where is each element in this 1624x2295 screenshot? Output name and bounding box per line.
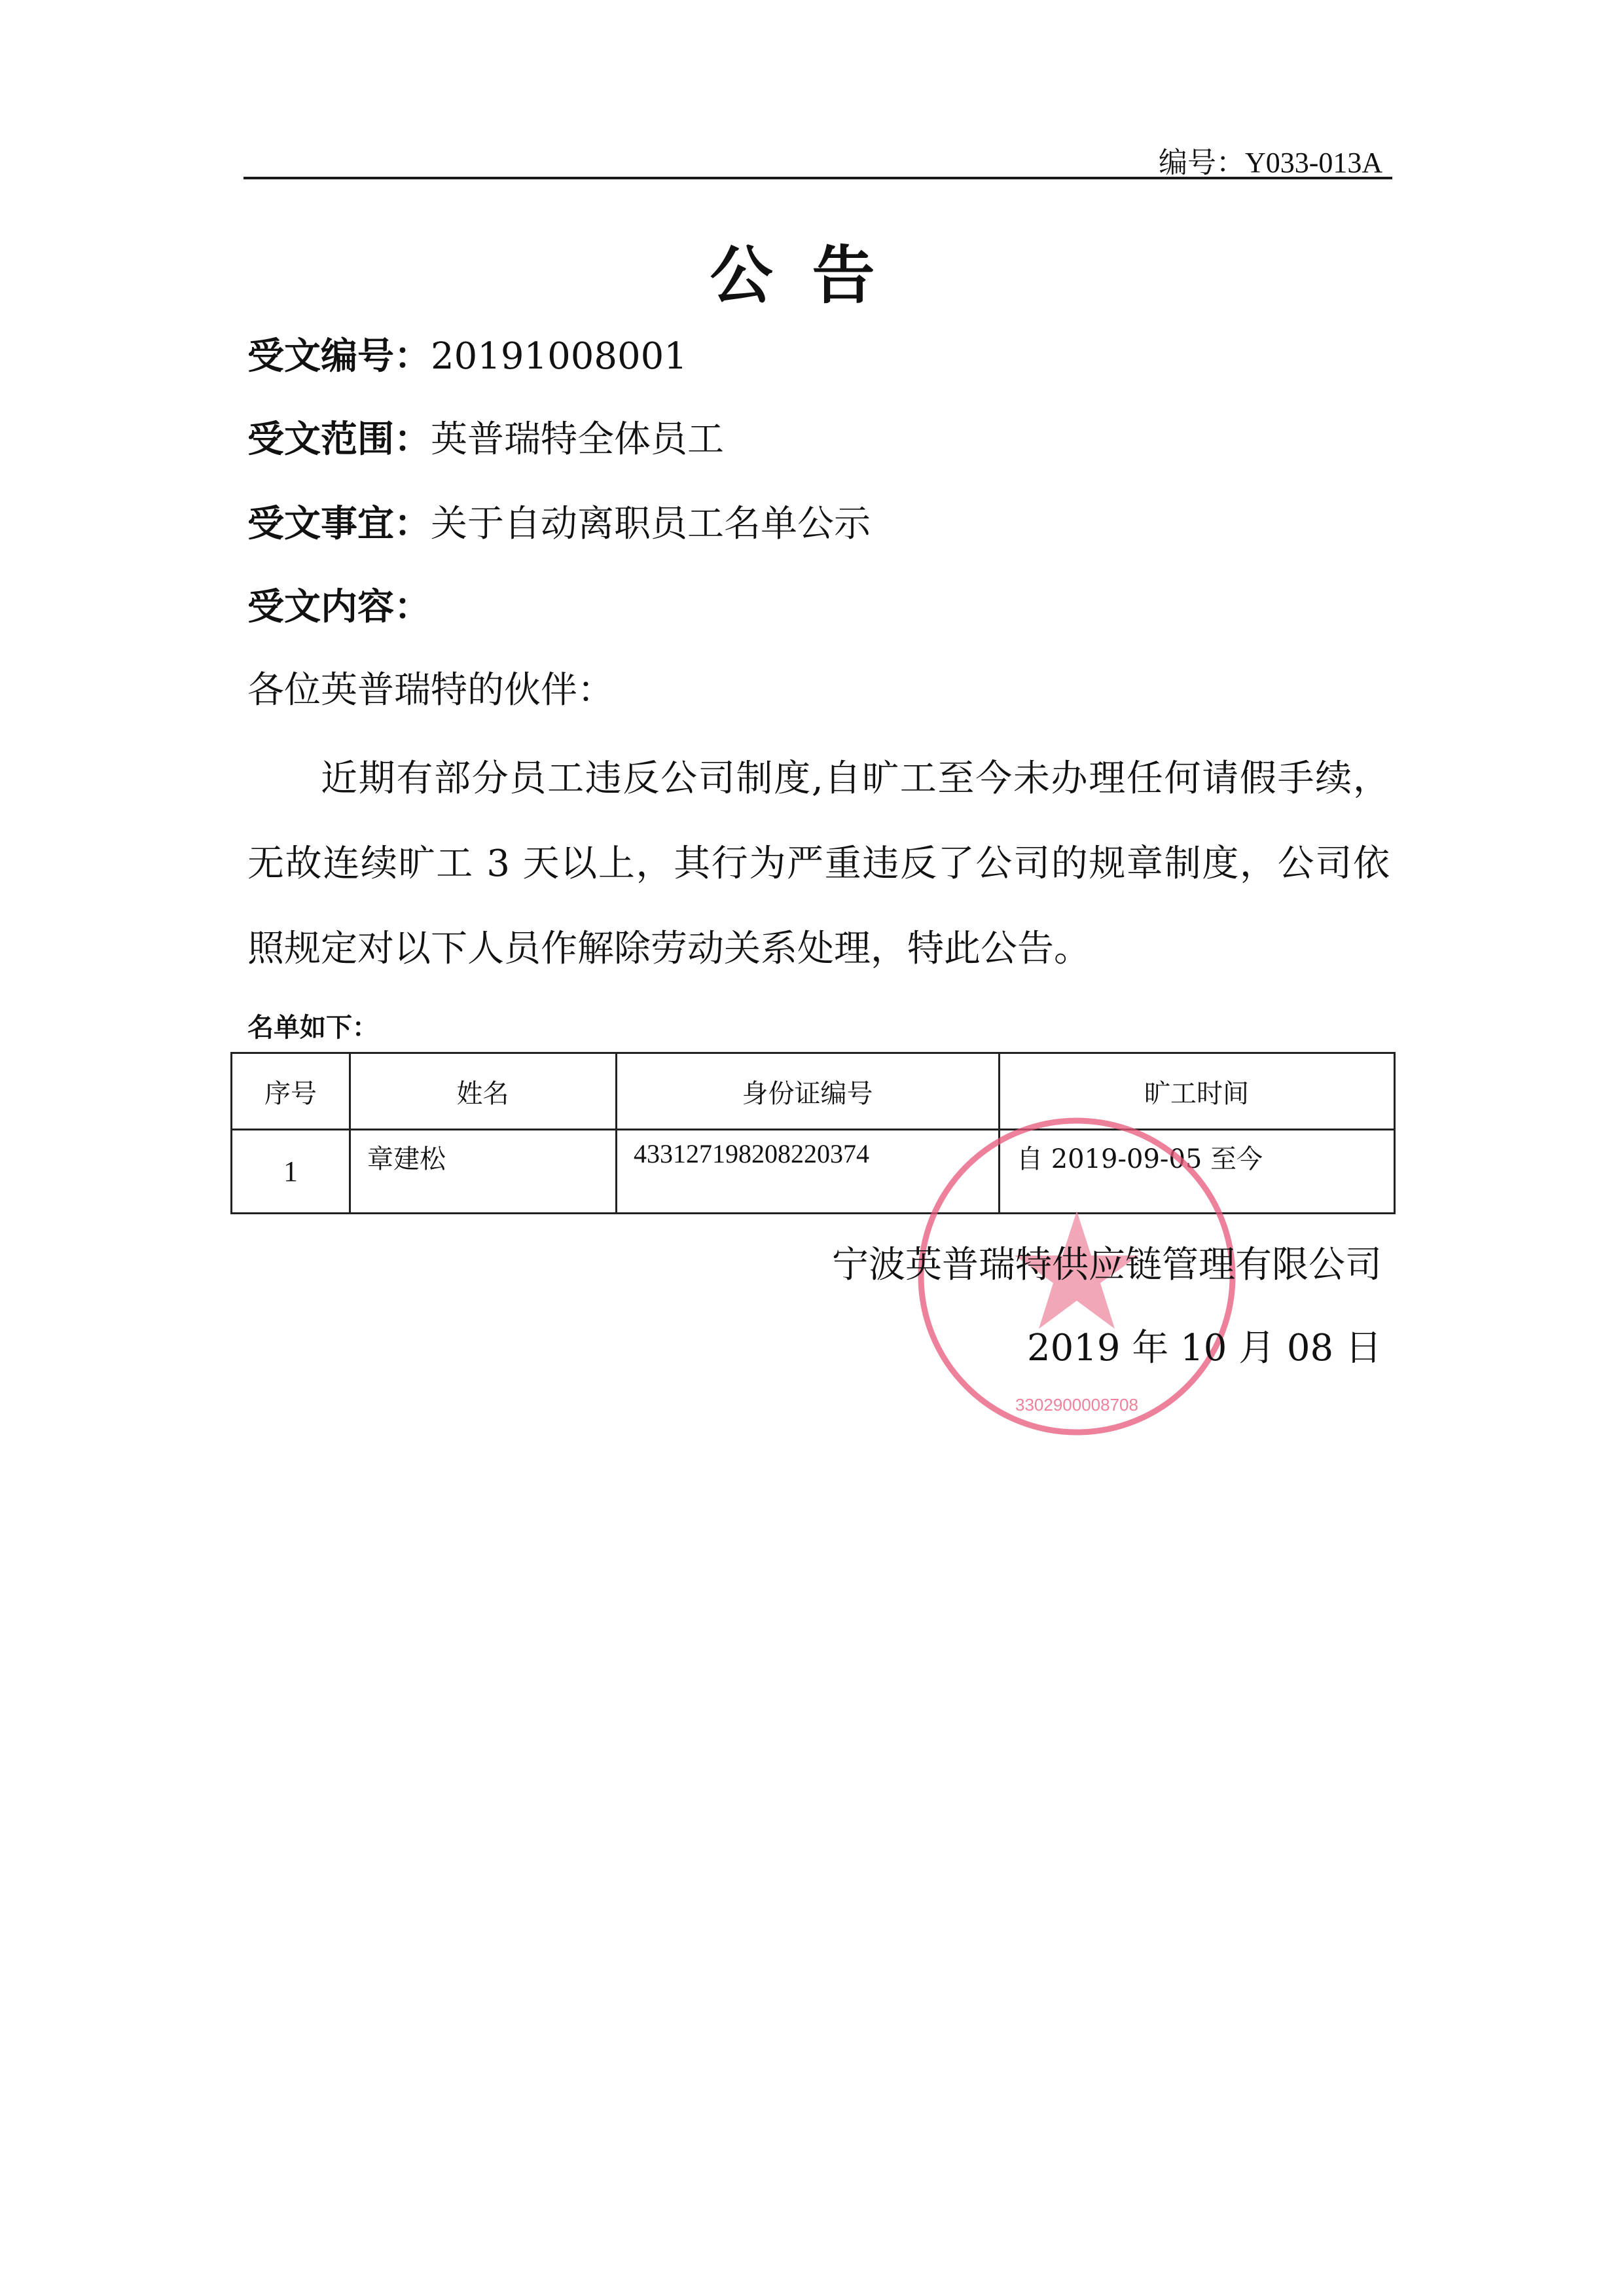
seal-number: 3302900008708 <box>1015 1395 1138 1415</box>
body-paragraph: 近期有部分员工违反公司制度,自旷工至今未办理任何请假手续，无故连续旷工 3 天以… <box>247 736 1390 992</box>
field-doc-id: 受文编号：20191008001 <box>247 327 687 380</box>
list-heading: 名单如下： <box>247 1007 378 1044</box>
signature-date: 2019 年 10 月 08 日 <box>1027 1319 1382 1371</box>
field-value: 20191008001 <box>431 335 687 378</box>
column-header: 姓名 <box>350 1053 617 1130</box>
document-number: 编号：Y033-013A <box>1159 139 1382 181</box>
cell-name: 章建松 <box>350 1130 617 1214</box>
field-scope: 受文范围：英普瑞特全体员工 <box>247 410 724 463</box>
field-value: 关于自动离职员工名单公示 <box>431 503 871 545</box>
field-content: 受文内容： <box>247 578 431 630</box>
document-number-label: 编号： <box>1159 147 1245 179</box>
field-value: 英普瑞特全体员工 <box>431 418 724 461</box>
field-label: 受文编号： <box>247 335 431 378</box>
cell-index: 1 <box>232 1130 350 1214</box>
field-label: 受文范围： <box>247 418 431 461</box>
field-subject: 受文事宜：关于自动离职员工名单公示 <box>247 495 871 547</box>
field-label: 受文事宜： <box>247 503 431 545</box>
document-number-value: Y033-013A <box>1245 147 1382 179</box>
field-label: 受文内容： <box>247 586 431 628</box>
greeting: 各位英普瑞特的伙伴： <box>247 661 614 714</box>
column-header: 序号 <box>232 1053 350 1130</box>
signature-company: 宁波英普瑞特供应链管理有限公司 <box>832 1236 1382 1288</box>
page-title: 公告 <box>0 226 1624 316</box>
header-rule <box>244 177 1392 179</box>
